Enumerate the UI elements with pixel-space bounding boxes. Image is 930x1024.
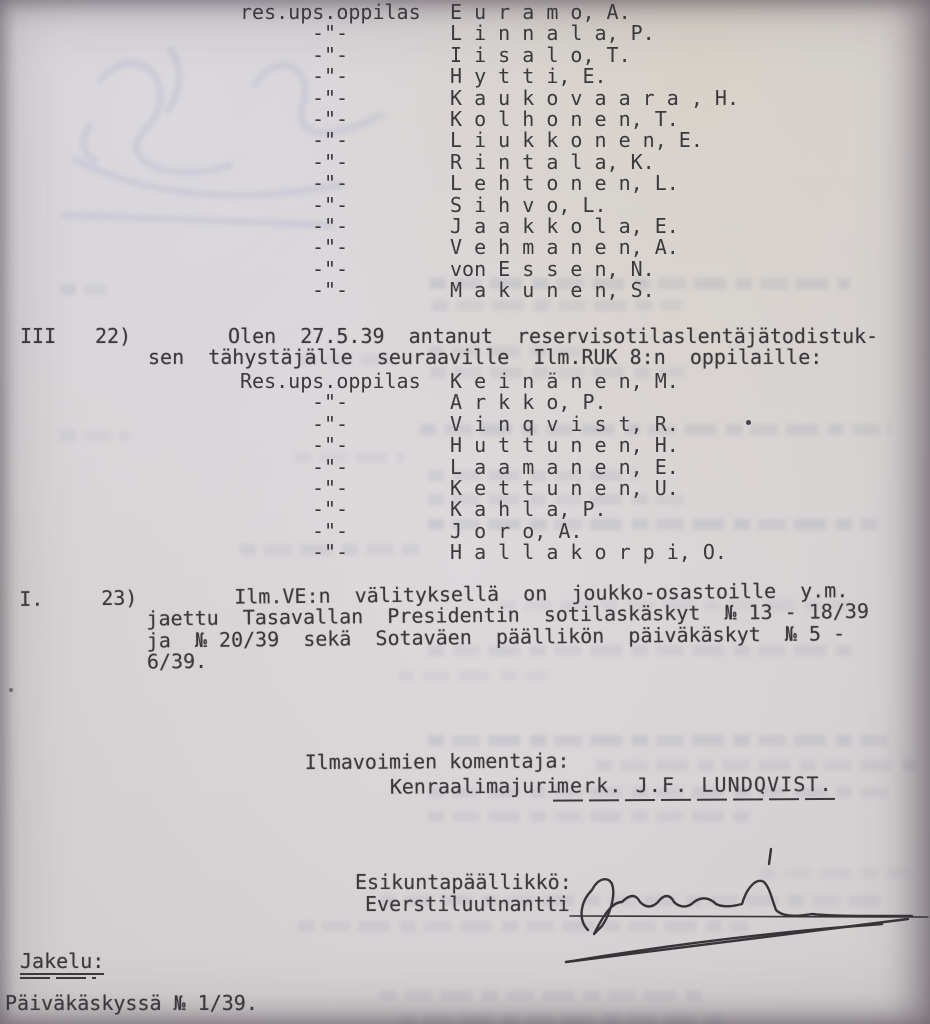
ditto-or-rank-label: -"- [240,435,450,456]
ditto-or-rank-label: -"- [240,414,450,435]
student-list-row: -"- R i n t a l a, K. [240,152,739,173]
underline [553,798,839,802]
student-name: K e i n ä n e n, M. [450,371,679,392]
ditto-or-rank-label: -"- [240,478,450,499]
section-number: 22) [95,326,131,347]
student-name: I i s a l o, T. [450,45,631,66]
ditto-or-rank-label: -"- [240,130,450,151]
student-list-row: -"- J a a k k o l a, E. [240,216,739,237]
student-list-row: -"- L e h t o n e n, L. [240,173,739,194]
student-list-row: -"- K o l h o n e n, T. [240,109,739,130]
student-name: K a h l a, P. [450,499,607,520]
paragraph-line: 6/39. [147,651,207,673]
paragraph-line: ja № 20/39 sekä Sotaväen päällikön päivä… [147,623,846,652]
bleedthrough-line [60,430,130,441]
section-marker: III [20,326,56,347]
bleedthrough-line [400,1014,730,1024]
ditto-or-rank-label: Res.ups.oppilas [240,371,450,392]
ditto-or-rank-label: -"- [240,88,450,109]
student-list-row: -"- L a a m a n e n, E. [240,457,727,478]
bleedthrough-line [596,760,916,771]
chief-rank: Everstiluutnantti [365,894,570,915]
ditto-or-rank-label: -"- [240,173,450,194]
student-list-row: -"- von E s s e n, N. [240,259,739,280]
student-list-row: -"- K a h l a, P. [240,499,727,520]
student-list-row: -"- J o r o, A. [240,521,727,542]
ink-speck [746,420,751,425]
ink-speck [9,688,13,692]
commander-rank: Kenraalimajuri [390,776,559,798]
student-name: L a a m a n e n, E. [450,457,679,478]
ditto-or-rank-label: -"- [240,66,450,87]
student-list-row: -"- A r k k o, P. [240,392,727,413]
student-name: V e h m a n e n, A. [450,237,679,258]
student-name: J o r o, A. [450,521,582,542]
ditto-or-rank-label: -"- [240,542,450,563]
document-page: res.ups.oppilas E u r a m o, A. -"- L i … [0,0,930,1024]
ditto-or-rank-label: -"- [240,259,450,280]
student-name: R i n t a l a, K. [450,152,655,173]
student-list-row: -"- K e t t u n e n, U. [240,478,727,499]
student-name: H u t t u n e n, H. [450,435,679,456]
paragraph-line: sen tähystäjälle seuraaville Ilm.RUK 8:n… [148,347,822,368]
section-marker: I. [19,589,43,611]
student-list-row: -"- L i n n a l a, P. [240,23,739,44]
ditto-or-rank-label: -"- [240,457,450,478]
bleedthrough-line [60,284,106,295]
ditto-or-rank-label: -"- [240,521,450,542]
ditto-or-rank-label: -"- [240,23,450,44]
ditto-or-rank-label: -"- [240,216,450,237]
student-list-row: -"- V e h m a n e n, A. [240,237,739,258]
student-list-row: res.ups.oppilas E u r a m o, A. [240,2,739,23]
student-list-row: -"- K a u k o v a a r a , H. [240,88,739,109]
student-name: S i h v o, L. [450,195,607,216]
student-name: E u r a m o, A. [450,2,631,23]
ditto-or-rank-label: -"- [240,109,450,130]
student-name: K a u k o v a a r a , H. [450,88,739,109]
student-list-row: -"- I i s a l o, T. [240,45,739,66]
distribution-entry: Päiväkäskyssä № 1/39. [5,993,258,1014]
student-list-row: -"- H a l l a k o r p i, O. [240,542,727,563]
chief-title: Esikuntapäällikkö: [355,872,572,893]
student-list-row: -"- M a k u n e n, S. [240,280,739,301]
section-number: 23) [101,588,137,610]
student-name: V i n q v i s t, R. [450,414,679,435]
ditto-or-rank-label: -"- [240,280,450,301]
ditto-or-rank-label: -"- [240,499,450,520]
bleedthrough-line [398,670,548,681]
student-name: H a l l a k o r p i, O. [450,542,727,563]
commander-signed-name: merk. J.F. LUNDQVIST. [557,774,833,797]
student-list-row: -"- H u t t u n e n, H. [240,435,727,456]
student-list-row: -"- V i n q v i s t, R. [240,414,727,435]
student-name: A r k k o, P. [450,392,607,413]
student-name: K e t t u n e n, U. [450,478,679,499]
bleedthrough-line [380,990,710,1001]
student-name: L e h t o n e n, L. [450,173,679,194]
student-list-row: Res.ups.oppilas K e i n ä n e n, M. [240,371,727,392]
ditto-or-rank-label: -"- [240,392,450,413]
student-list-row: -"- S i h v o, L. [240,195,739,216]
student-name: von E s s e n, N. [450,259,655,280]
student-name: J a a k k o l a, E. [450,216,679,237]
ditto-or-rank-label: -"- [240,45,450,66]
student-name: K o l h o n e n, T. [450,109,679,130]
student-name: H y t t i, E. [450,66,607,87]
student-name: L i u k k o n e n, E. [450,130,703,151]
underline [20,977,96,979]
bleedthrough-line [428,811,758,822]
student-list-top: res.ups.oppilas E u r a m o, A. -"- L i … [240,2,739,301]
ditto-or-rank-label: -"- [240,195,450,216]
jakelu-heading: Jakelu: [20,951,104,975]
student-name: L i n n a l a, P. [450,23,655,44]
handwritten-signature [550,840,930,985]
bleedthrough-line [428,735,888,746]
ditto-or-rank-label: res.ups.oppilas [240,2,450,23]
student-list-ruk8: Res.ups.oppilas K e i n ä n e n, M. -"- … [240,371,727,564]
student-list-row: -"- H y t t i, E. [240,66,739,87]
ditto-or-rank-label: -"- [240,152,450,173]
student-list-row: -"- L i u k k o n e n, E. [240,130,739,151]
commander-title: Ilmavoimien komentaja: [305,751,570,774]
student-name: M a k u n e n, S. [450,280,655,301]
ditto-or-rank-label: -"- [240,237,450,258]
